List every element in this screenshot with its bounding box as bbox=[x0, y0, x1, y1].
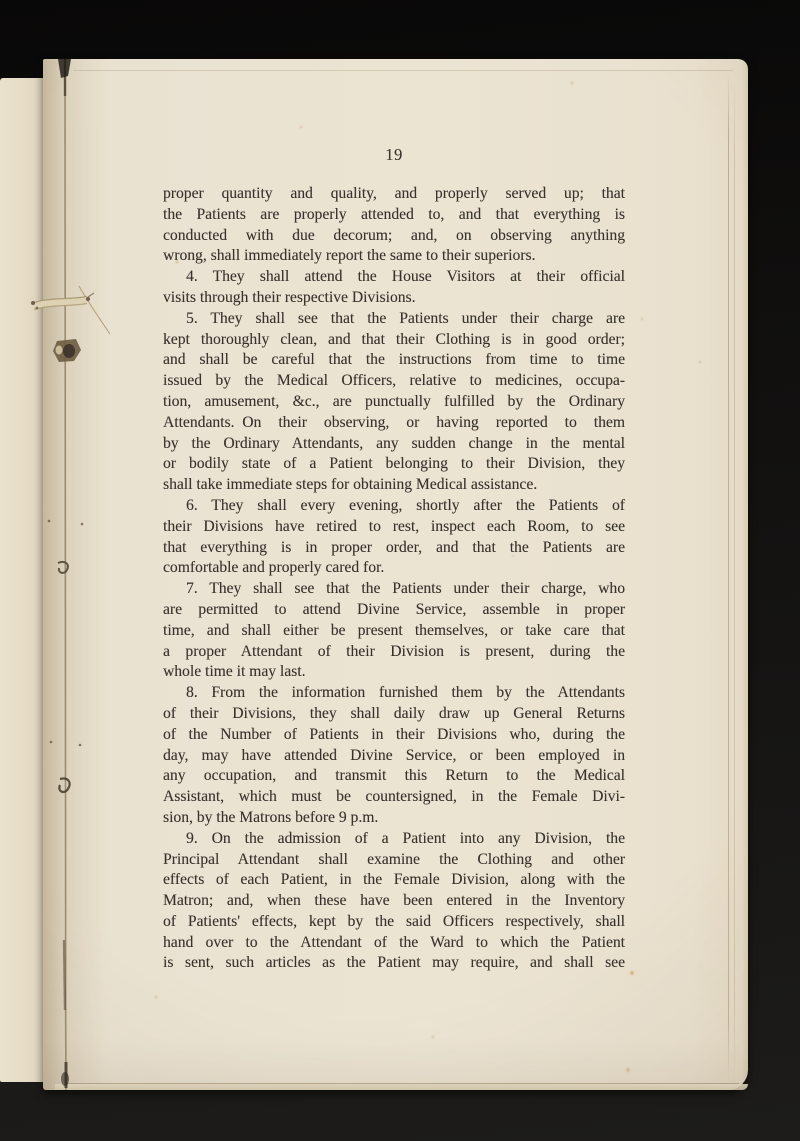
text-line: shall take immediate steps for obtaining… bbox=[163, 475, 625, 496]
text-line: of their Divisions, they shall daily dra… bbox=[163, 704, 625, 725]
text-line: hand over to the Attendant of the Ward t… bbox=[163, 933, 625, 954]
text-line: Attendants. On their observing, or havin… bbox=[163, 413, 625, 434]
foxing-spots bbox=[0, 0, 2, 2]
text-line: wrong, shall immediately report the same… bbox=[163, 246, 625, 267]
page-number: 19 bbox=[163, 145, 625, 165]
scanned-book-photo: 19 proper quantity and quality, and prop… bbox=[0, 0, 800, 1141]
under-page-edge bbox=[55, 1084, 748, 1090]
text-line: 6. They shall every evening, shortly aft… bbox=[163, 496, 625, 517]
text-line: 8. From the information furnished them b… bbox=[163, 683, 625, 704]
text-line: the Patients are properly attended to, a… bbox=[163, 205, 625, 226]
text-line: of the Number of Patients in their Divis… bbox=[163, 725, 625, 746]
page-edge-line-right-outer bbox=[734, 79, 735, 1082]
page-edge-line-top bbox=[73, 70, 733, 71]
text-line: 5. They shall see that the Patients unde… bbox=[163, 309, 625, 330]
text-line: sion, by the Matrons before 9 p.m. bbox=[163, 808, 625, 829]
text-line: is sent, such articles as the Patient ma… bbox=[163, 953, 625, 974]
text-line: whole time it may last. bbox=[163, 662, 625, 683]
text-line: by the Ordinary Attendants, any sudden c… bbox=[163, 434, 625, 455]
text-line: Assistant, which must be countersigned, … bbox=[163, 787, 625, 808]
text-line: time, and shall either be present themse… bbox=[163, 621, 625, 642]
text-line: a proper Attendant of their Division is … bbox=[163, 642, 625, 663]
text-line: Matron; and, when these have been entere… bbox=[163, 891, 625, 912]
text-line: day, may have attended Divine Service, o… bbox=[163, 746, 625, 767]
text-line: 9. On the admission of a Patient into an… bbox=[163, 829, 625, 850]
book-page: 19 proper quantity and quality, and prop… bbox=[43, 59, 748, 1090]
text-line: are permitted to attend Divine Service, … bbox=[163, 600, 625, 621]
text-line: of Patients' effects, kept by the said O… bbox=[163, 912, 625, 933]
text-line: that everything is in proper order, and … bbox=[163, 538, 625, 559]
text-line: proper quantity and quality, and properl… bbox=[163, 184, 625, 205]
facing-page-edge bbox=[0, 78, 46, 1082]
text-line: effects of each Patient, in the Female D… bbox=[163, 870, 625, 891]
text-line: 4. They shall attend the House Visitors … bbox=[163, 267, 625, 288]
text-line: tion, amusement, &c., are punctually ful… bbox=[163, 392, 625, 413]
text-line: their Divisions have retired to rest, in… bbox=[163, 517, 625, 538]
text-line: and shall be careful that the instructio… bbox=[163, 350, 625, 371]
text-line: comfortable and properly cared for. bbox=[163, 558, 625, 579]
text-line: kept thoroughly clean, and that their Cl… bbox=[163, 330, 625, 351]
page-edge-line-right bbox=[728, 73, 729, 1080]
text-line: conducted with due decorum; and, on obse… bbox=[163, 226, 625, 247]
page-text: proper quantity and quality, and properl… bbox=[163, 184, 625, 974]
text-line: issued by the Medical Officers, relative… bbox=[163, 371, 625, 392]
text-line: visits through their respective Division… bbox=[163, 288, 625, 309]
text-line: or bodily state of a Patient belonging t… bbox=[163, 454, 625, 475]
text-line: any occupation, and transmit this Return… bbox=[163, 766, 625, 787]
text-line: Principal Attendant shall examine the Cl… bbox=[163, 850, 625, 871]
text-line: 7. They shall see that the Patients unde… bbox=[163, 579, 625, 600]
